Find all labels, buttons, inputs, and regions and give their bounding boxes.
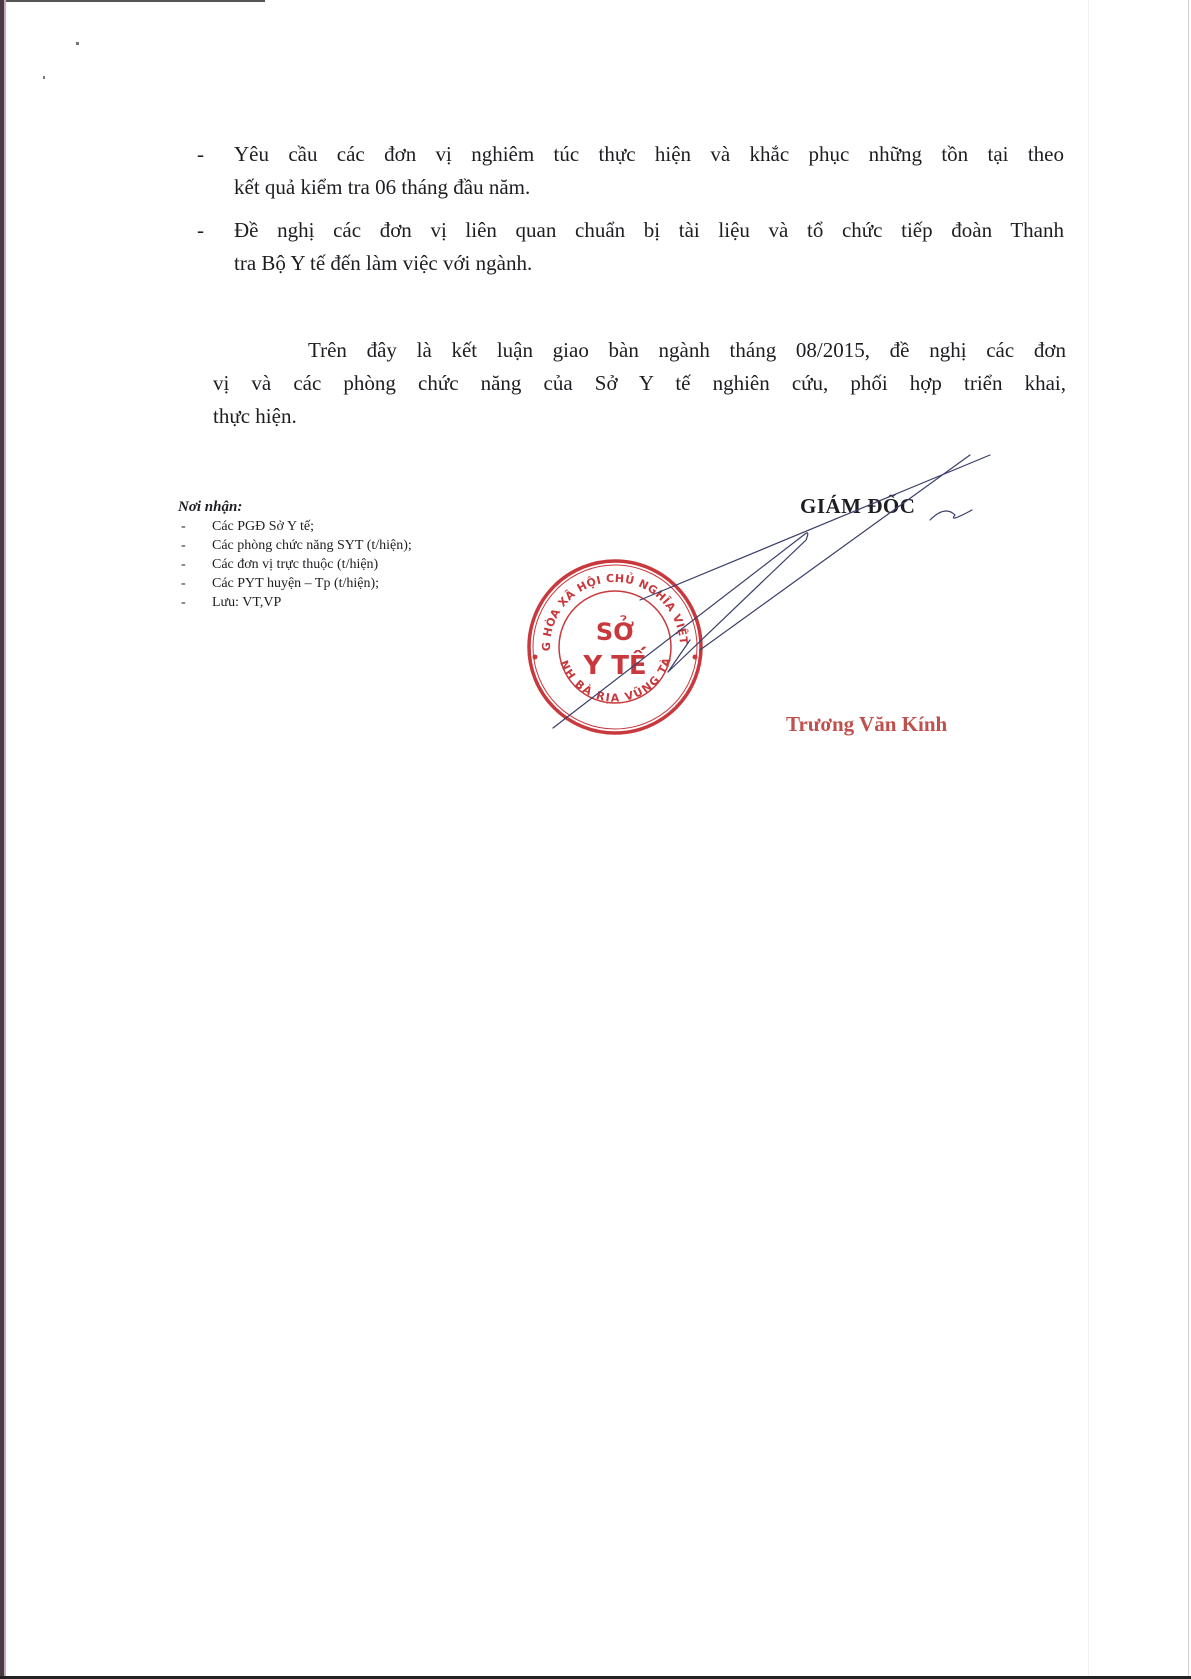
closing-paragraph: Trên đây là kết luận giao bàn ngành thán…: [213, 334, 1066, 433]
page-left-edge-shadow: [4, 0, 6, 1679]
recipient-item: -Các PYT huyện – Tp (t/hiện);: [178, 574, 412, 593]
signer-name: Trương Văn Kính: [786, 712, 947, 737]
recipient-item: -Các phòng chức năng SYT (t/hiện);: [178, 536, 412, 555]
scan-speck: [76, 42, 79, 45]
paragraph-line: thực hiện.: [213, 400, 1066, 433]
recipients-block: Nơi nhận: -Các PGĐ Sở Y tế; -Các phòng c…: [178, 498, 412, 612]
stamp-center-line1: SỞ: [596, 613, 634, 646]
scan-speck: [43, 76, 45, 79]
stamp-center-line2: Y TẾ: [582, 646, 647, 681]
signatory-title: GIÁM ĐỐC: [800, 494, 915, 519]
paragraph-line: vị và các phòng chức năng của Sở Y tế ng…: [213, 367, 1066, 400]
recipient-item: -Các PGĐ Sở Y tế;: [178, 517, 412, 536]
bullet-line: kết quả kiểm tra 06 tháng đầu năm.: [234, 171, 1064, 204]
page-top-edge: [0, 0, 265, 2]
bullet-dash: -: [197, 214, 217, 247]
bullet-line: tra Bộ Y tế đến làm việc với ngành.: [234, 247, 1064, 280]
bullet-line: Đề nghị các đơn vị liên quan chuẩn bị tà…: [234, 214, 1064, 247]
official-seal-icon: CỘNG HÒA XÃ HỘI CHỦ NGHĨA VIỆT NAM TỈNH …: [520, 552, 710, 742]
recipients-heading: Nơi nhận:: [178, 498, 412, 517]
bullet-dash: -: [197, 138, 217, 171]
paragraph-line: Trên đây là kết luận giao bàn ngành thán…: [213, 334, 1066, 367]
page-right-edge: [1188, 0, 1189, 1679]
recipient-item: -Lưu: VT,VP: [178, 593, 412, 612]
page-fold-line: [1088, 0, 1089, 1679]
bullet-line: Yêu cầu các đơn vị nghiêm túc thực hiện …: [234, 138, 1064, 171]
recipient-item: -Các đơn vị trực thuộc (t/hiện): [178, 555, 412, 574]
